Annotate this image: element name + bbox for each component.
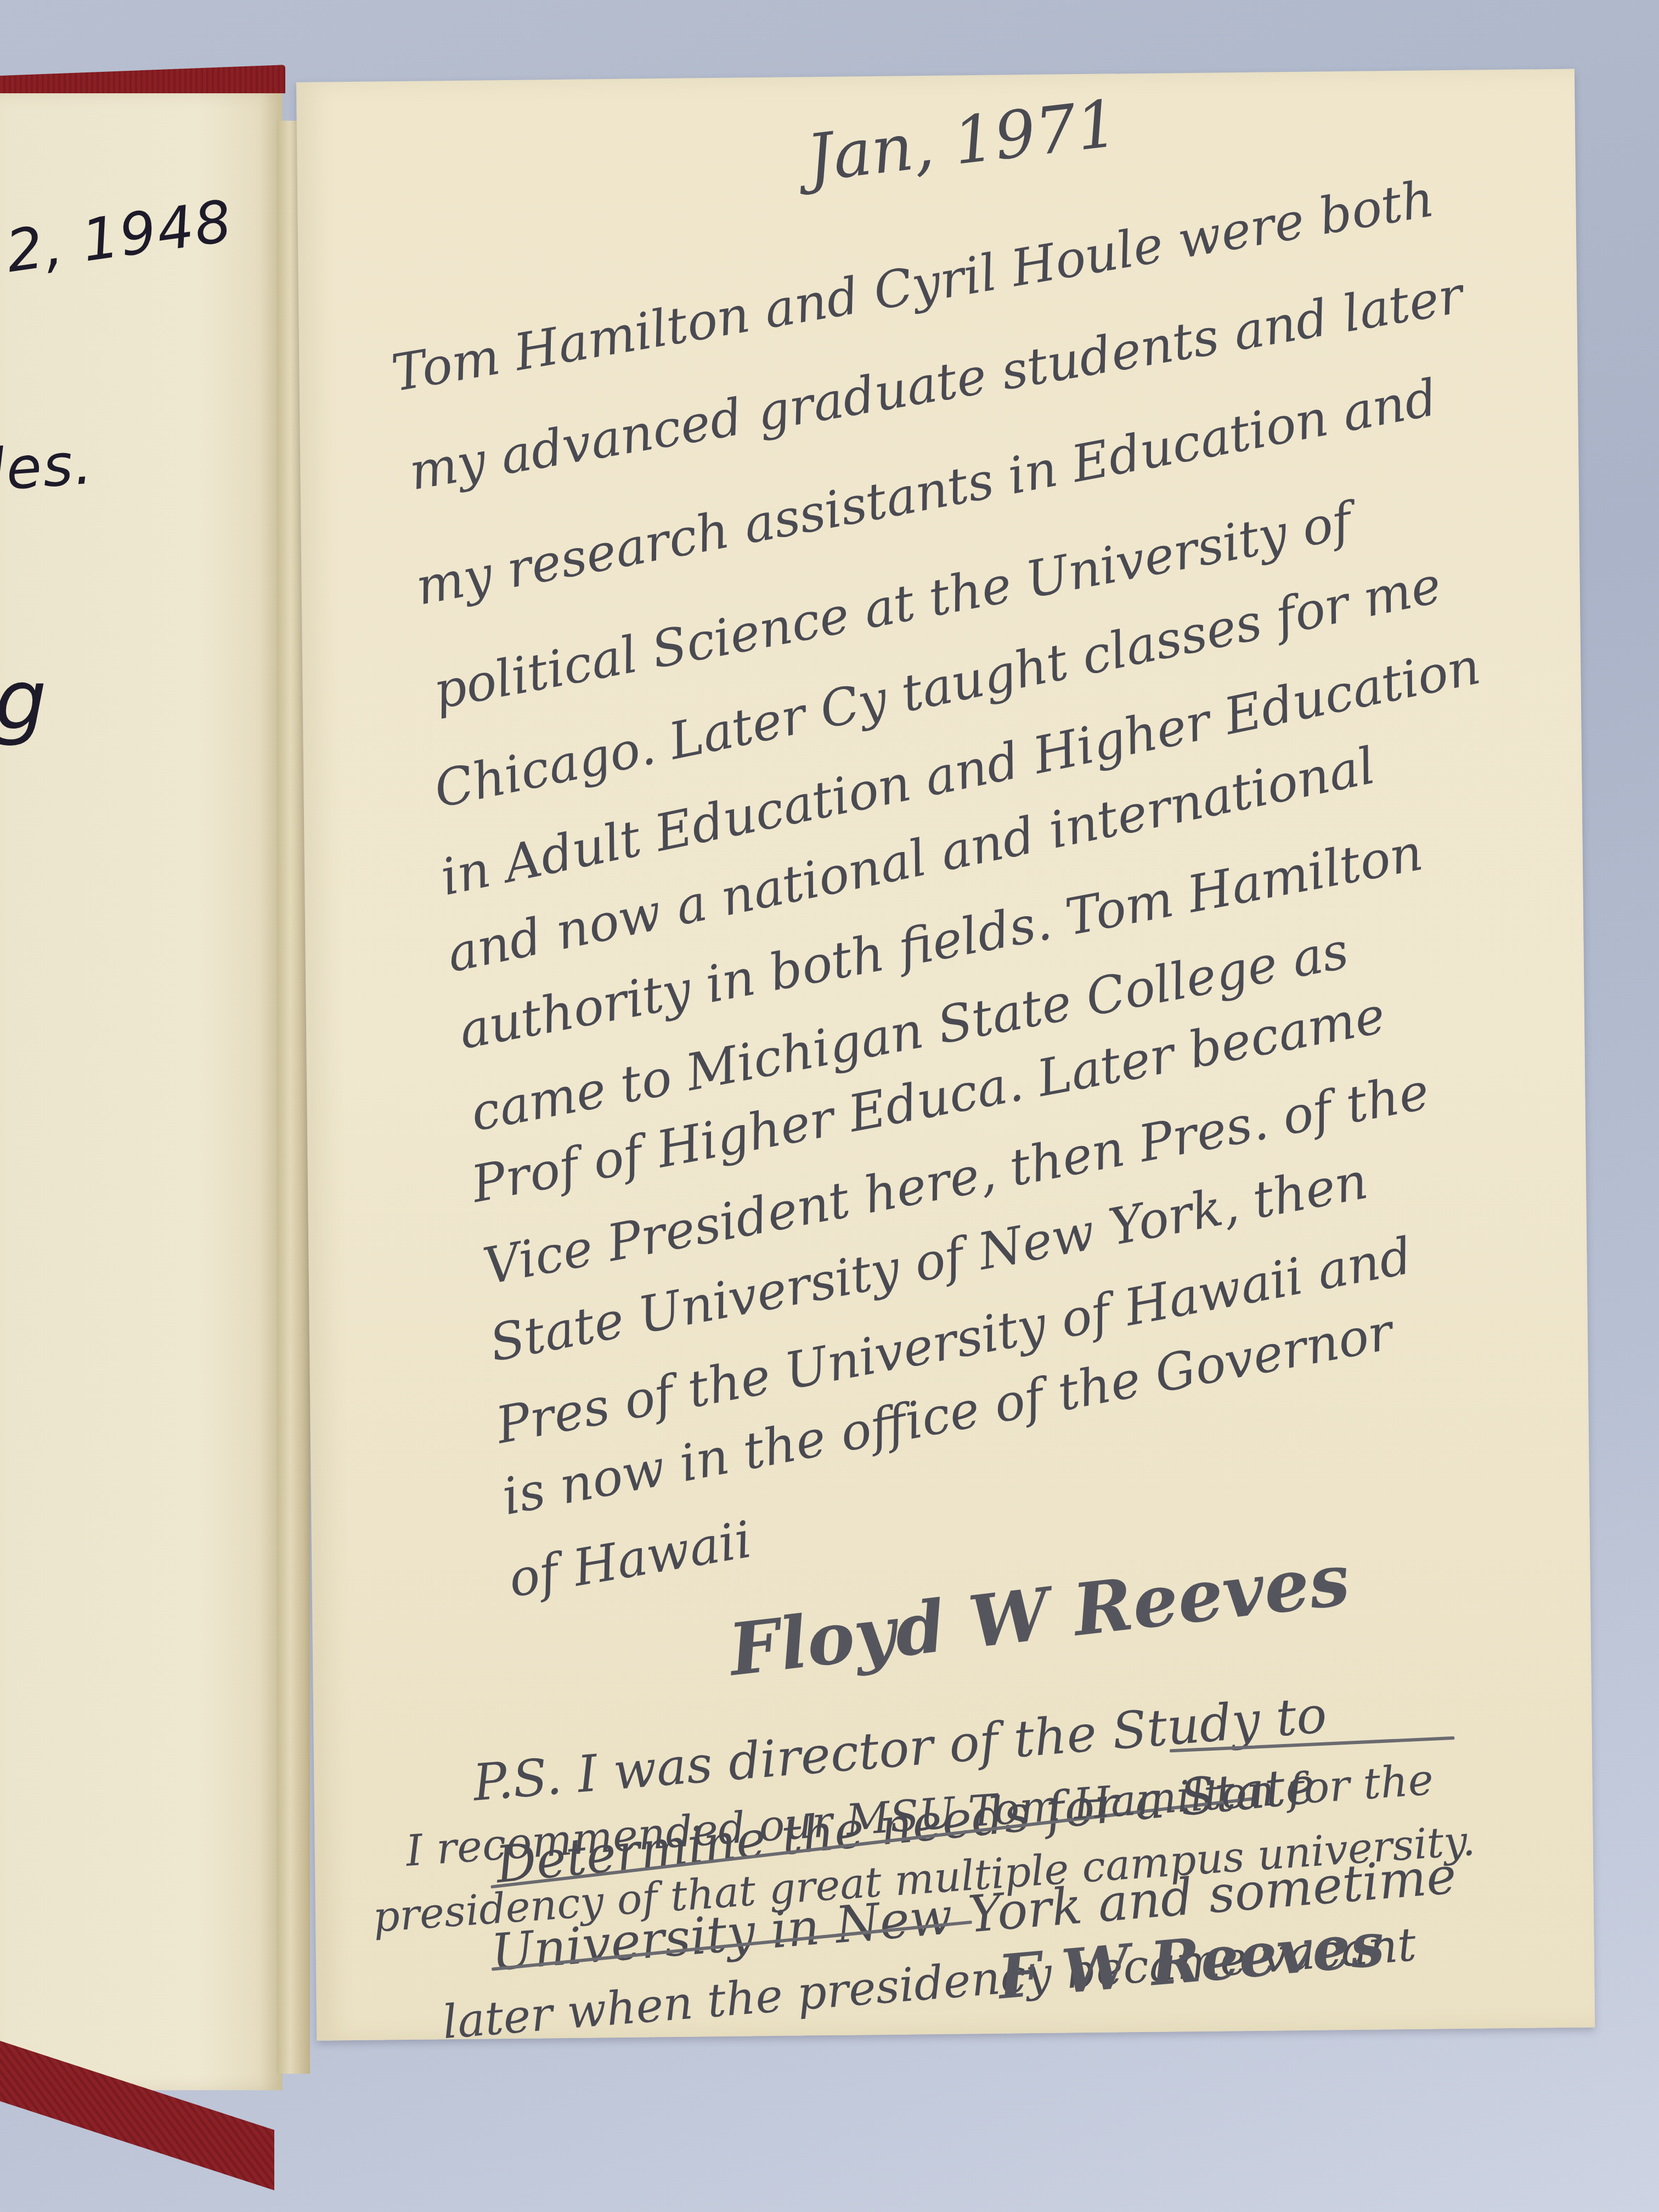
inscription-date: Jan, 1971: [803, 85, 1122, 196]
right-page-inscription: Jan, 1971 Tom Hamilton and Cyril Houle w…: [296, 69, 1595, 2041]
inscription-line: of Hawaii: [505, 1510, 756, 1609]
left-page: 2, 1948 les. g: [0, 93, 283, 2090]
left-page-date-fragment: 2, 1948: [2, 188, 237, 286]
signature-floyd-w-reeves: Floyd W Reeves: [725, 1537, 1353, 1692]
photo-scene: 2, 1948 les. g Jan, 1971 Tom Hamilton an…: [0, 0, 1659, 2212]
left-page-text-fragment: les.: [0, 430, 95, 504]
left-page-letter-fragment: g: [0, 653, 48, 748]
